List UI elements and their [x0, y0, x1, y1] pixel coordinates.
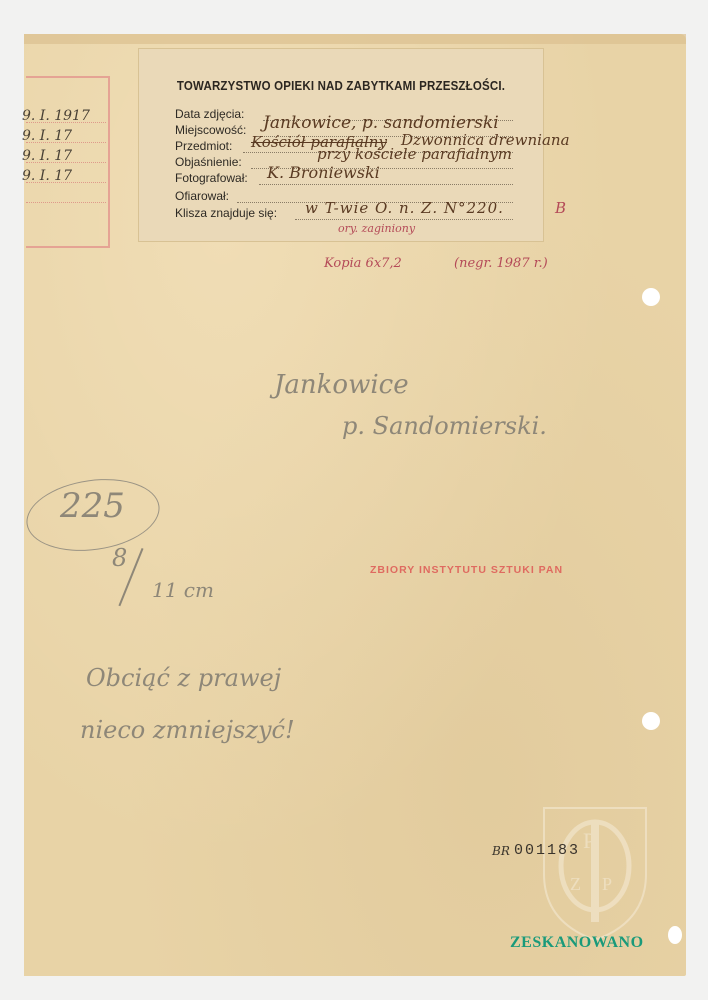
photo-label-card: TOWARZYSTWO OPIEKI NAD ZABYTKAMI PRZESZŁ…: [138, 48, 544, 242]
punch-hole: [642, 712, 660, 730]
red-note-negative-year: (negr. 1987 r.): [454, 256, 548, 271]
svg-text:P: P: [583, 828, 595, 853]
stamp-line: [26, 202, 106, 203]
pencil-note-line2: nieco zmniejszyć!: [80, 716, 295, 744]
inventory-number: 001183: [514, 842, 580, 859]
institute-stamp: ZBIORY INSTYTUTU SZTUKI PAN: [370, 564, 563, 576]
punch-hole: [668, 926, 682, 944]
pencil-fraction-bottom: 11 cm: [152, 578, 214, 602]
field-label-place: Miejscowość:: [175, 123, 246, 137]
dotted-line: [295, 219, 513, 220]
pencil-place-line1: Jankowice: [274, 370, 409, 400]
field-label-subject: Przedmiot:: [175, 139, 232, 153]
punch-hole: [642, 288, 660, 306]
field-label-negative-location: Klisza znajduje się:: [175, 206, 277, 220]
field-label-donor: Ofiarował:: [175, 189, 229, 203]
circled-number: 225: [60, 486, 125, 526]
circled-number-group: 225: [24, 464, 174, 564]
pencil-note-line1: Obciąć z prawej: [86, 664, 281, 692]
dotted-line: [259, 184, 513, 185]
negative-suffix: B: [555, 199, 566, 217]
pencil-fraction-top: 8: [112, 544, 127, 572]
field-label-photographer: Fotografował:: [175, 171, 248, 185]
pencil-place-line2: p. Sandomierski.: [342, 412, 547, 440]
svg-text:Z: Z: [570, 874, 581, 894]
svg-text:P: P: [602, 874, 612, 894]
red-note-original-lost: ory. zaginiony: [338, 222, 415, 235]
scanned-stamp: ZESKANOWANO: [510, 934, 644, 952]
explanation-value: przy kościele parafialnym: [317, 145, 512, 163]
date-stamp-box: 9. I. 1917 9. I. 17 9. I. 17 9. I. 17: [26, 76, 110, 248]
photographer-value: K. Broniewski: [267, 163, 380, 182]
stamp-date: 9. I. 17: [22, 148, 72, 164]
place-value: Jankowice, p. sandomierski: [263, 113, 499, 133]
red-note-copy-size: Kopia 6x7,2: [324, 256, 402, 271]
field-label-explanation: Objaśnienie:: [175, 155, 242, 169]
institute-logo-watermark-icon: P Z P: [540, 804, 650, 944]
stamp-date: 9. I. 1917: [22, 108, 90, 124]
field-label-date: Data zdjęcia:: [175, 107, 244, 121]
society-title: TOWARZYSTWO OPIEKI NAD ZABYTKAMI PRZESZŁ…: [155, 79, 527, 93]
negative-location-value: w T-wie O. n. Z. N°220.: [305, 199, 504, 217]
sheet-top-band: [24, 34, 686, 44]
inventory-prefix: BR: [492, 844, 510, 858]
stamp-date: 9. I. 17: [22, 128, 72, 144]
stamp-date: 9. I. 17: [22, 168, 72, 184]
archive-document-sheet: 9. I. 1917 9. I. 17 9. I. 17 9. I. 17 TO…: [24, 34, 686, 976]
